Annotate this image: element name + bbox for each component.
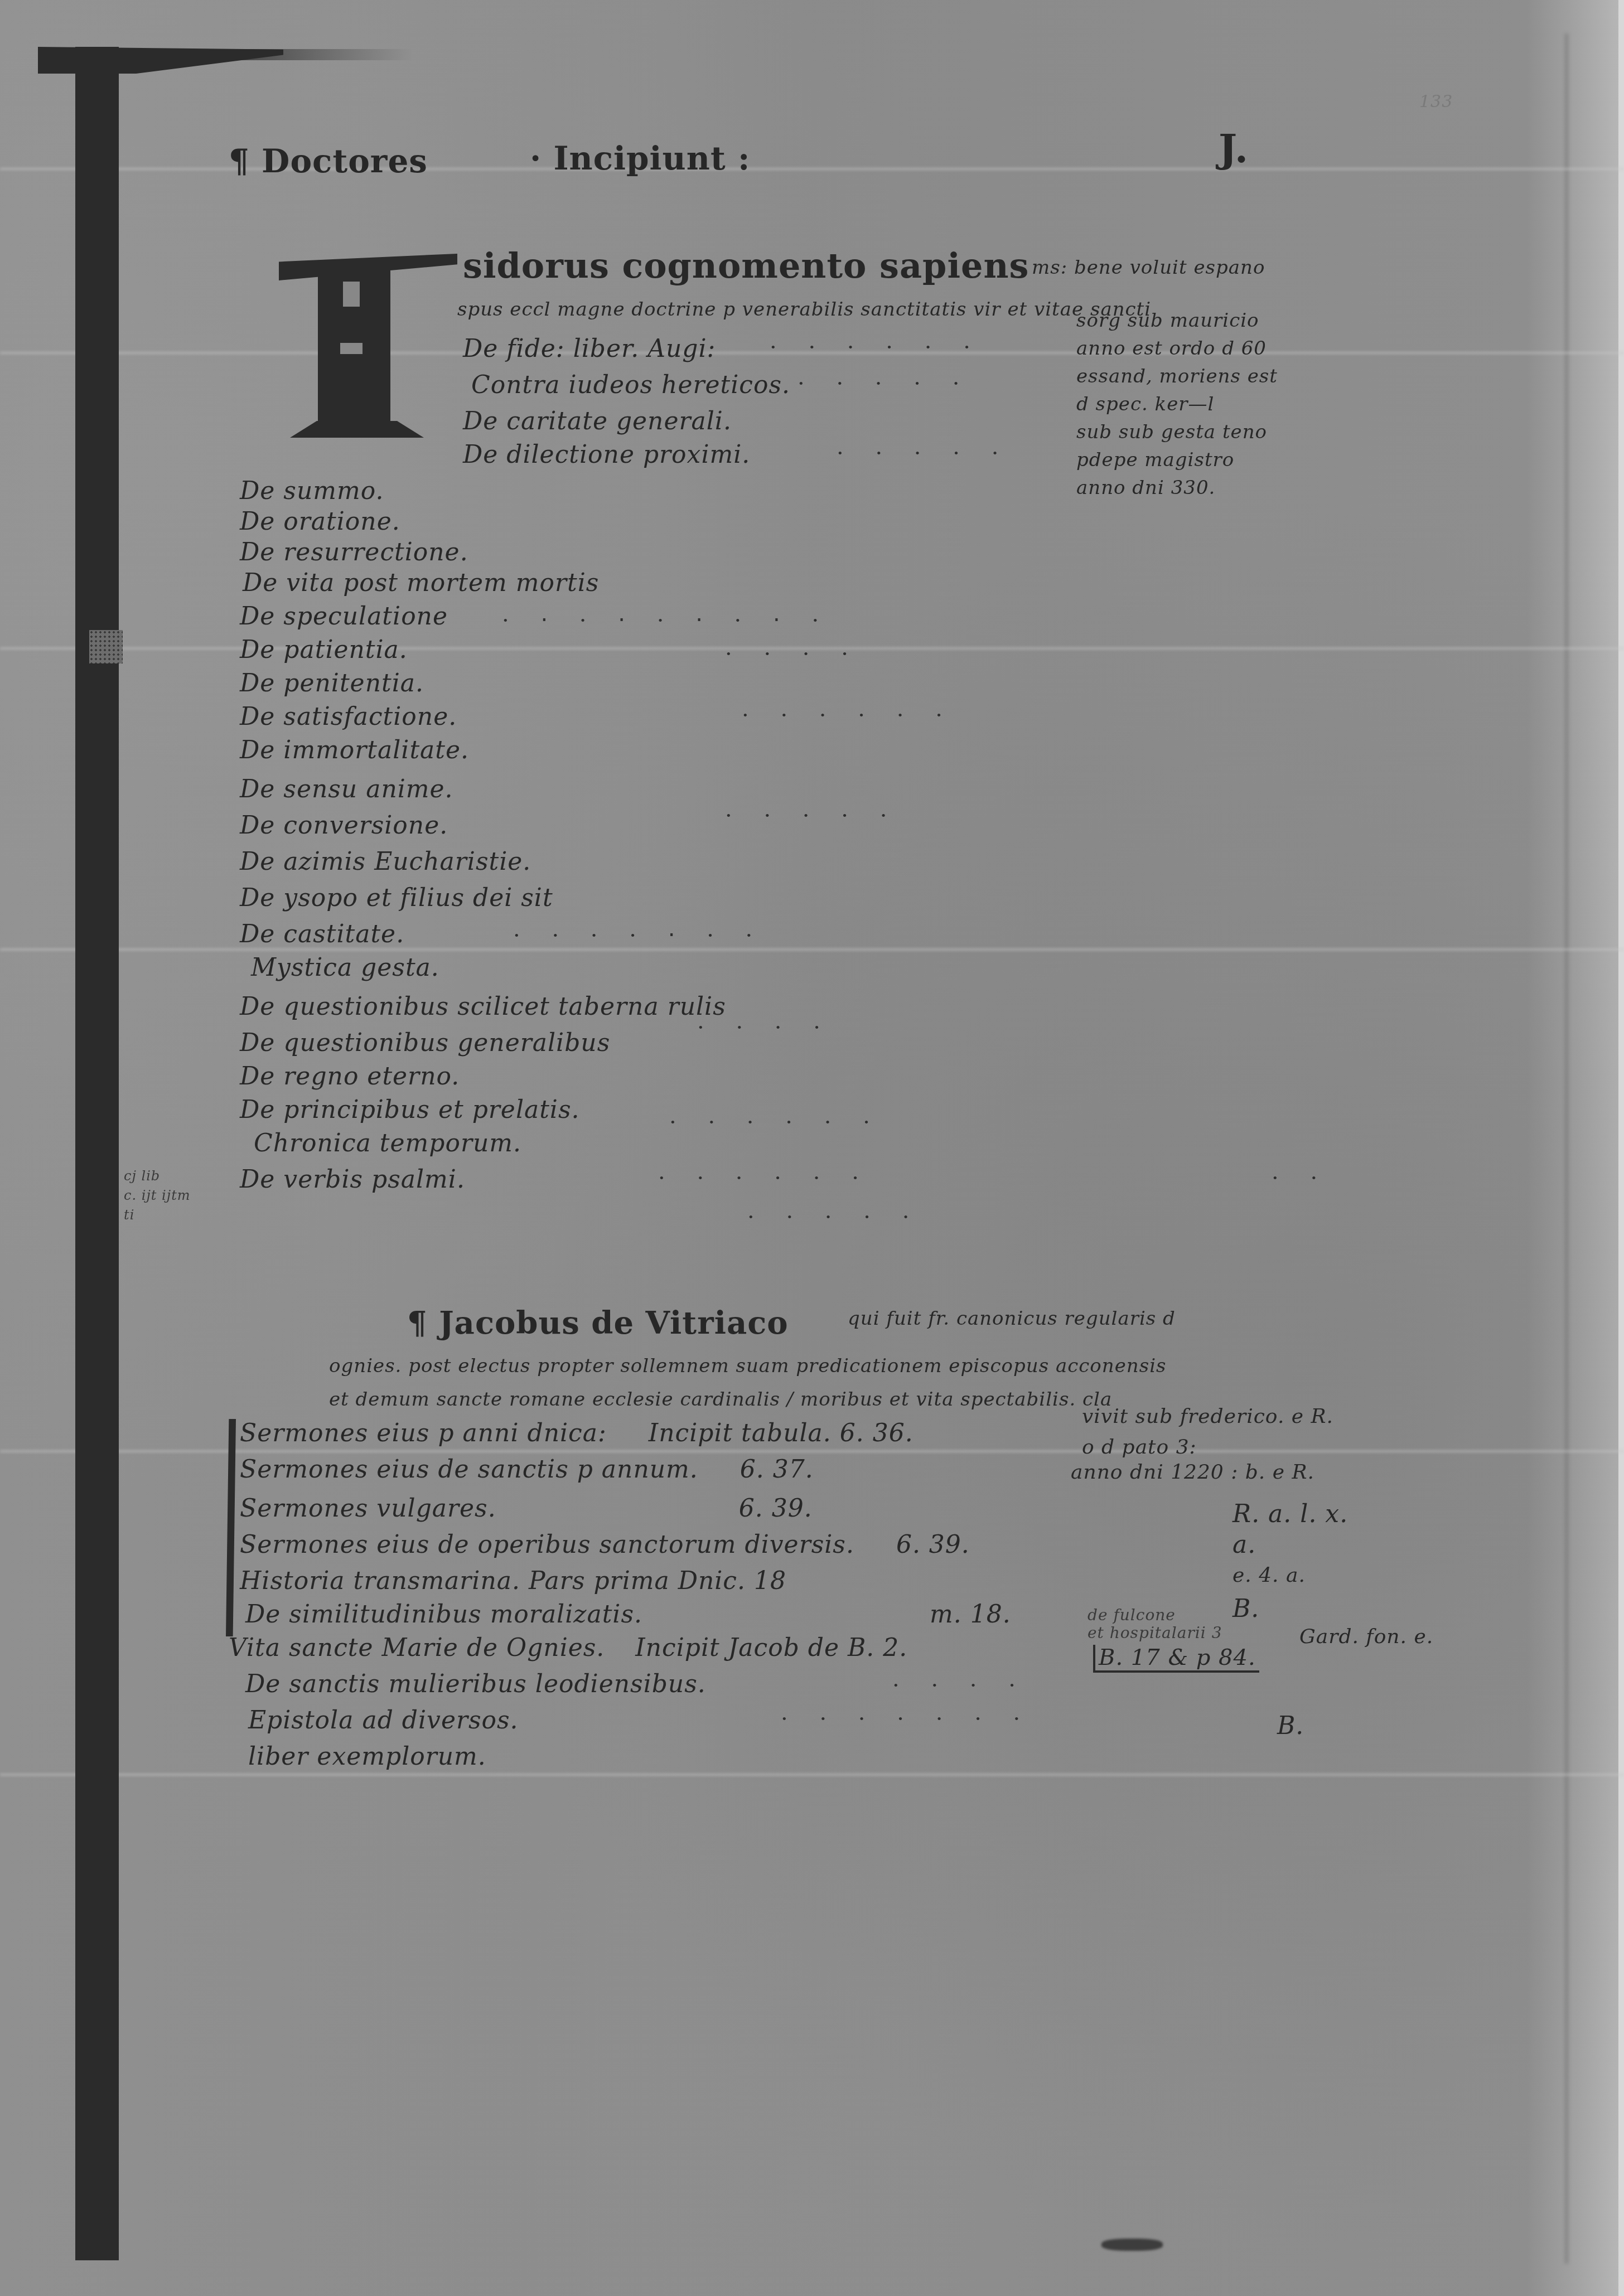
ink-blot (1101, 2239, 1163, 2251)
entry-ref: Incipit Jacob de B. 2. (635, 1634, 907, 1662)
entry-ref: 6. 39. (739, 1494, 813, 1523)
entry-initial: De caritate generali. (463, 407, 732, 435)
margin-note: c. ijt ijtm (124, 1188, 191, 1203)
entry-initial: Contra iudeos hereticos. (471, 371, 790, 399)
entry-text: Sermones eius de operibus sanctorum dive… (240, 1530, 854, 1559)
isidorus-line-2: spus eccl magne doctrine p venerabilis s… (457, 298, 1151, 321)
dot-pattern: · · · · · (837, 440, 1011, 466)
header-doctores: ¶ Doctores (229, 142, 428, 180)
jacobus-title-cont: qui fuit fr. canonicus regularis d (848, 1307, 1176, 1330)
jacobus-entry: Epistola ad diversos. (248, 1706, 519, 1735)
entry: Chronica temporum. (254, 1129, 521, 1157)
jacobus-title: ¶ Jacobus de Vitriaco (407, 1305, 789, 1341)
dot-pattern: · · · · · · (669, 1110, 882, 1135)
annotation-side: Gard. fon. e. (1299, 1625, 1433, 1648)
binding-bar-vertical (75, 47, 119, 2260)
isidorus-note: d spec. ker—l (1076, 393, 1214, 415)
dot-pattern: · · · · · · · (781, 1706, 1032, 1732)
entry: De speculatione (240, 602, 448, 631)
entry-initial: De dilectione proximi. (463, 440, 750, 469)
jacobus-note: vivit sub frederico. e R. (1082, 1405, 1333, 1428)
dot-pattern: · · · · (892, 1673, 1028, 1698)
header-incipiunt: · Incipiunt : (530, 139, 750, 177)
fold-line (0, 1773, 1624, 1776)
annotation-line: et hospitalarii 3 (1087, 1624, 1222, 1642)
jacobus-line-2: ognies. post electus propter sollemnem s… (329, 1355, 1166, 1377)
entry-text: Sermones vulgares. (240, 1494, 496, 1523)
jacobus-note: B. (1277, 1712, 1304, 1740)
margin-note: ti (124, 1207, 134, 1223)
binding-bar-damage (89, 630, 123, 663)
entry-ref: m. 18. (930, 1600, 1011, 1629)
entry-text: Sermones eius de sanctis p annum. (240, 1455, 698, 1484)
dot-pattern: · · · · ‧ · · (513, 923, 765, 948)
jacobus-note: B. (1232, 1595, 1259, 1623)
jacobus-entry: liber exemplorum. (248, 1742, 486, 1771)
entry: De verbis psalmi. (240, 1165, 465, 1194)
dot-pattern: · · · · (725, 641, 861, 667)
jacobus-note: a. (1232, 1530, 1256, 1559)
jacobus-entry: De sanctis mulieribus leodiensibus. (245, 1670, 706, 1698)
dot-pattern: · · (1272, 1165, 1330, 1191)
entry: De sensu anime. (240, 775, 453, 803)
binding-bar-fade (167, 49, 413, 60)
jacobus-entry: Historia transmarina. Pars prima Dnic. 1… (240, 1567, 786, 1595)
dot-pattern: · · · · · · (742, 703, 955, 728)
entry-ref: 6. 39. (896, 1530, 970, 1559)
jacobus-line-3: et demum sancte romane ecclesie cardinal… (329, 1388, 1112, 1411)
entry-text: Sermones eius p anni dnica: (240, 1419, 607, 1447)
isidorus-title: sidorus cognomento sapiens (463, 245, 1029, 286)
jacobus-note: o d pato 3: (1082, 1436, 1197, 1459)
jacobus-entry: Vita sancte Marie de Ognies. Incipit Jac… (229, 1634, 907, 1662)
page-edge (1618, 0, 1624, 2296)
annotation-boxed-ref: B. 17 & p 84. (1093, 1645, 1259, 1673)
jacobus-entry: De similitudinibus moralizatis. m. 18. (245, 1600, 1011, 1629)
entry: De regno eterno. (240, 1062, 460, 1091)
isidorus-note: pdepe magistro (1076, 449, 1234, 471)
entry-text: Vita sancte Marie de Ognies. (229, 1634, 605, 1662)
entry-ref: Incipit tabula. 6. 36. (649, 1419, 913, 1447)
margin-note: cj lib (124, 1168, 160, 1184)
entry: De patientia. (240, 636, 408, 664)
entry: De ysopo et filius dei sit (240, 884, 553, 912)
entry: De castitate. (240, 920, 404, 948)
dot-pattern: · ‧ · ‧ · ‧ · ‧ · (502, 608, 831, 633)
entry-text: De similitudinibus moralizatis. (245, 1600, 642, 1629)
decorated-initial-i (279, 254, 457, 443)
dot-pattern: · · · · · (747, 1204, 921, 1230)
entry: Mystica gesta. (251, 953, 439, 982)
jacobus-note: R. a. l. x. (1232, 1500, 1348, 1528)
jacobus-entry: Sermones eius de operibus sanctorum dive… (240, 1530, 970, 1559)
annotation-line: de fulcone (1087, 1606, 1176, 1624)
jacobus-entry: Sermones eius p anni dnica: Incipit tabu… (240, 1419, 913, 1447)
isidorus-note: anno est ordo d 60 (1076, 337, 1267, 360)
entry-ref: 6. 37. (740, 1455, 814, 1484)
isidorus-title-cont: ms: bene voluit espano (1032, 256, 1265, 279)
isidorus-note: essand, moriens est (1076, 365, 1278, 387)
dot-pattern: · · · · · (797, 371, 971, 396)
entry: De questionibus generalibus (240, 1029, 610, 1057)
isidorus-note: anno dni 330. (1076, 477, 1215, 499)
jacobus-entry: Sermones vulgares. 6. 39. (240, 1494, 813, 1523)
entry: De questionibus scilicet taberna rulis (240, 992, 726, 1021)
header-letter: J. (1219, 125, 1249, 172)
entry: De satisfactione. (240, 703, 457, 731)
entry: De immortalitate. (240, 736, 469, 764)
entry: De penitentia. (240, 669, 424, 697)
dot-pattern: · · · · (697, 1015, 833, 1040)
folio-number: 133 (1419, 92, 1453, 112)
entry-initial: De fide: liber. Augi: (463, 335, 716, 363)
jacobus-entry: Sermones eius de sanctis p annum. 6. 37. (240, 1455, 814, 1484)
water-stain (1565, 33, 1602, 2264)
entry: De resurrectione. (240, 538, 468, 566)
fold-line (0, 1450, 1624, 1453)
isidorus-note: sorg sub mauricio (1076, 309, 1259, 332)
entry: De vita post mortem mortis (243, 569, 599, 597)
entry: De conversione. (240, 811, 448, 840)
isidorus-note: sub sub gesta teno (1076, 421, 1267, 443)
entry: De principibus et prelatis. (240, 1096, 580, 1124)
entry: De oratione. (240, 507, 400, 536)
jacobus-note: e. 4. a. (1232, 1564, 1306, 1587)
entry: De azimis Eucharistie. (240, 847, 531, 876)
jacobus-note: anno dni 1220 : b. e R. (1071, 1461, 1314, 1484)
dot-pattern: · · · · · · (658, 1165, 871, 1191)
dot-pattern: · · · · · · (770, 335, 983, 360)
dot-pattern: · · · · · (725, 803, 899, 829)
entry: De summo. (240, 477, 384, 505)
